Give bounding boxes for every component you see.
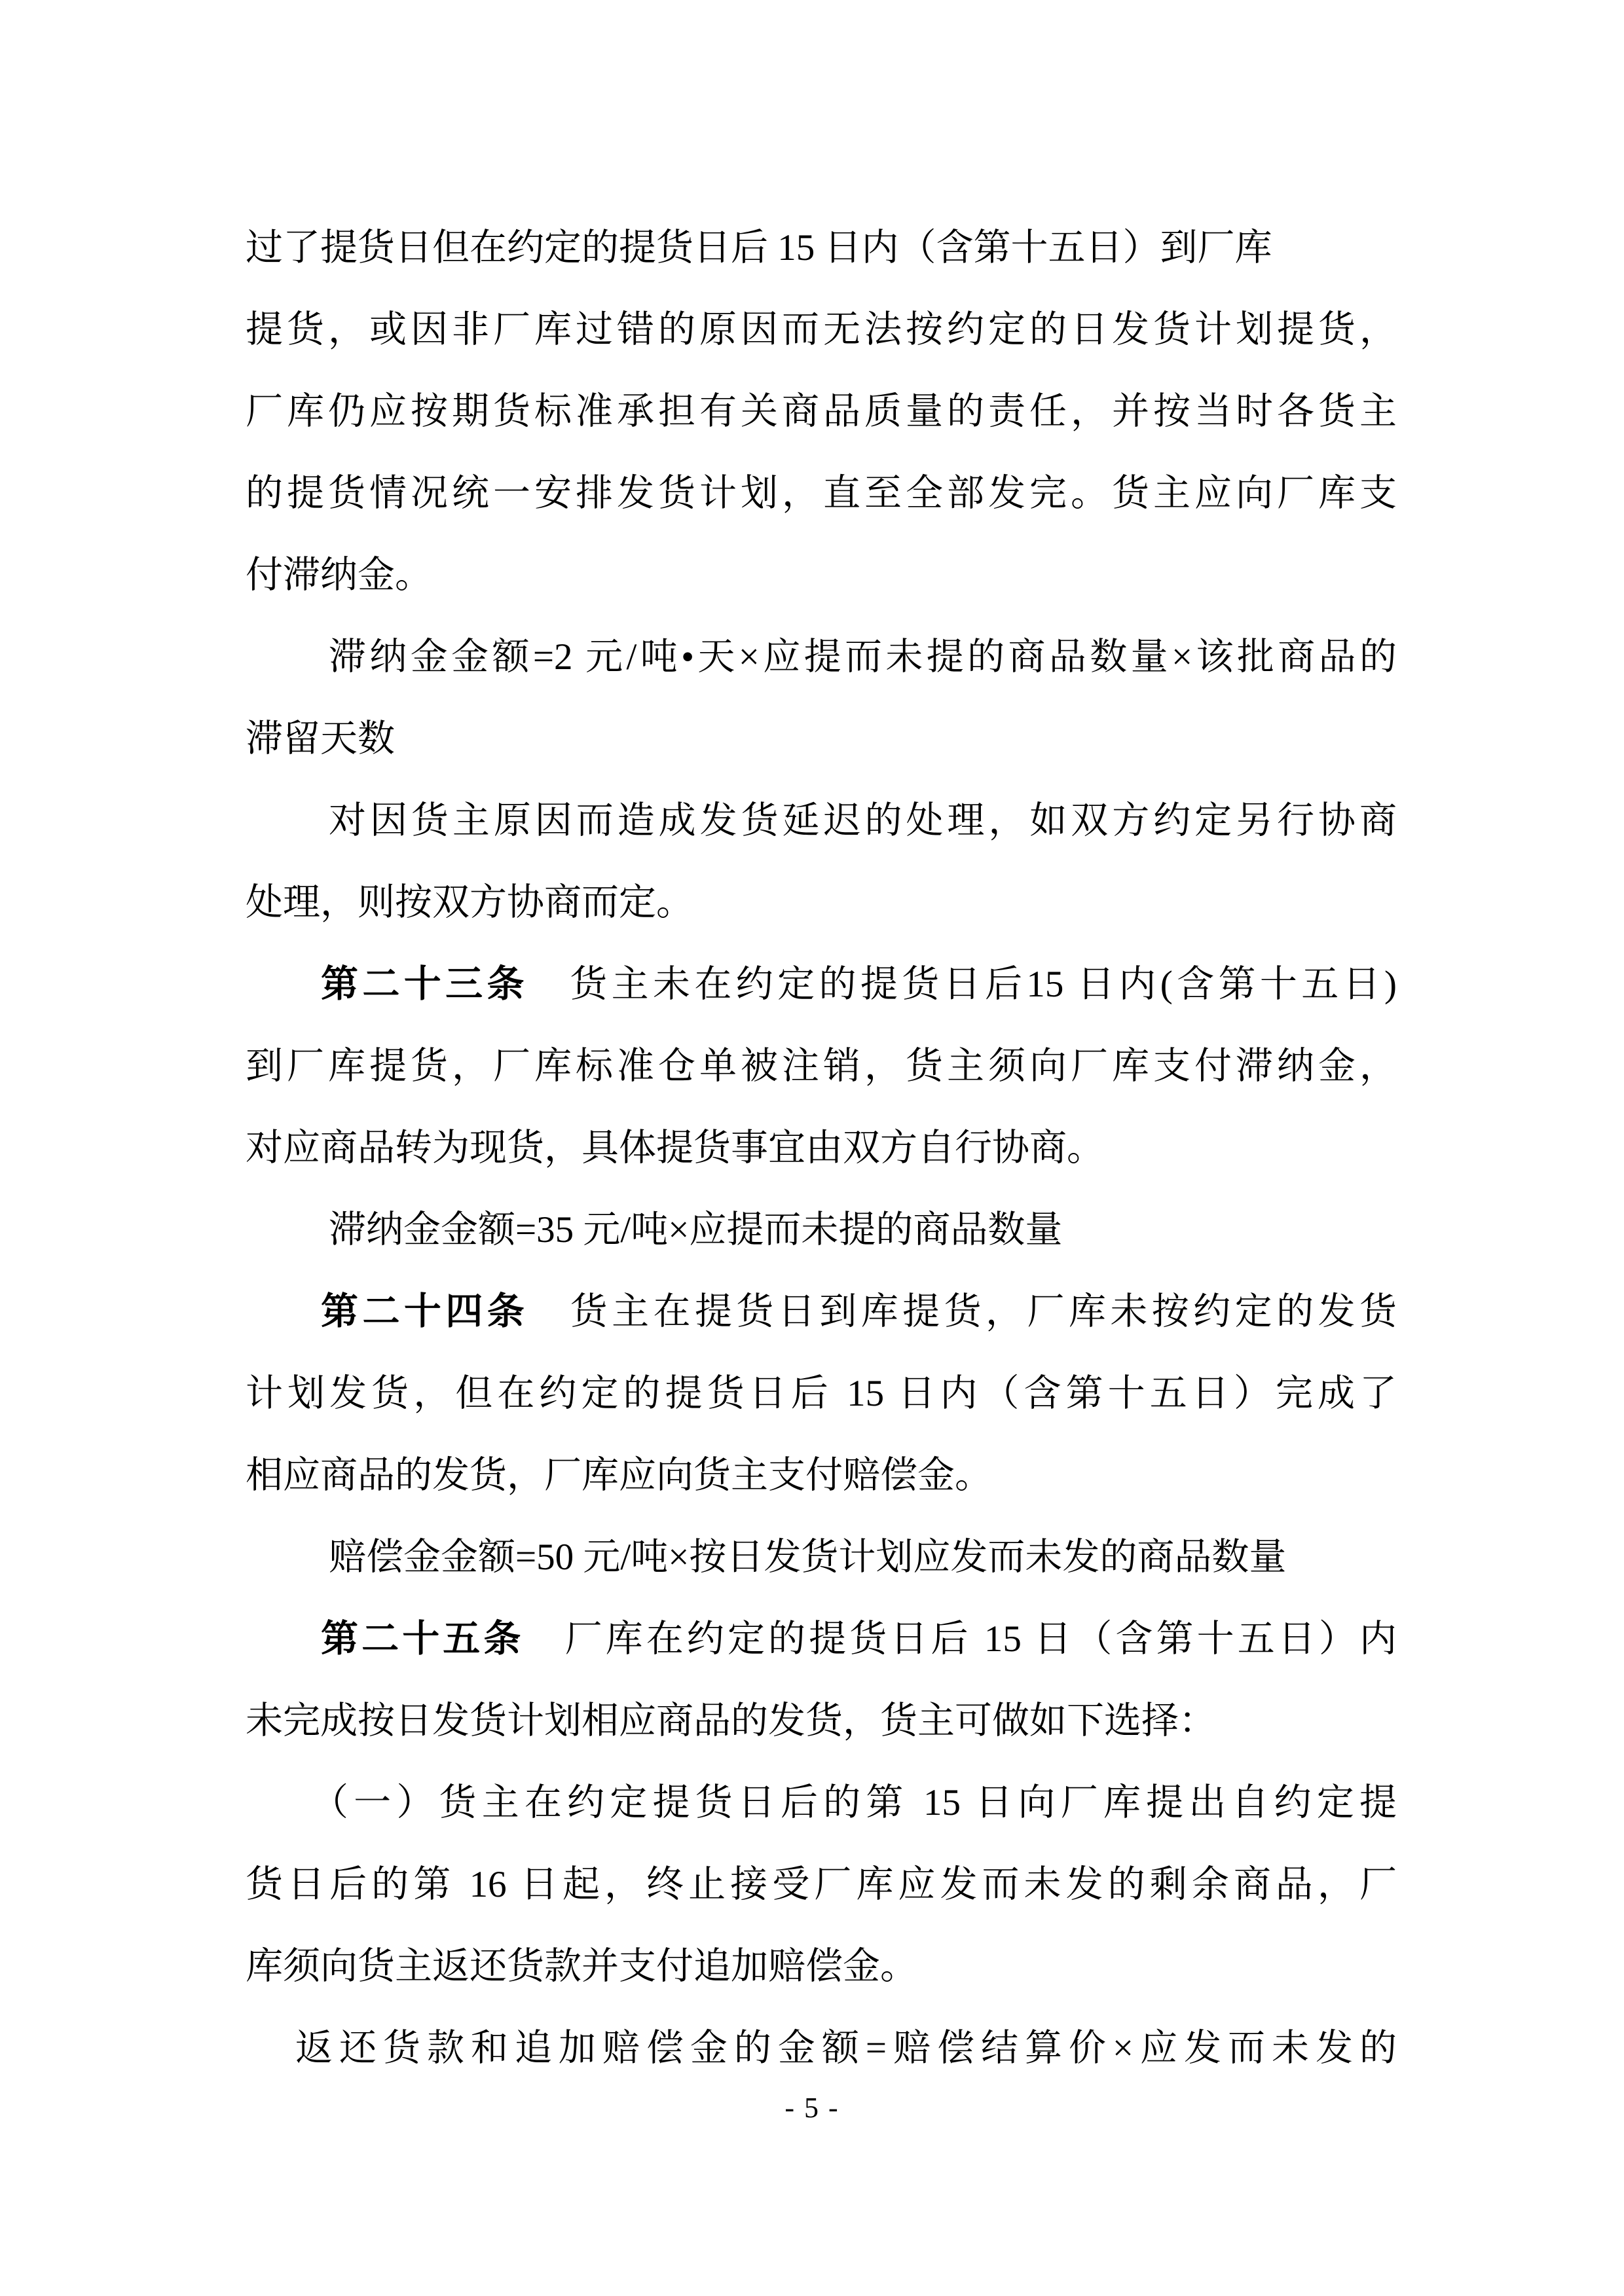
text-line: 提货，或因非厂库过错的原因而无法按约定的日发货计划提货， (246, 289, 1397, 371)
article-number: 第二十五条 (321, 1618, 524, 1660)
text-line: 返还货款和追加赔偿金的金额=赔偿结算价×应发而未发的 (246, 2007, 1397, 2089)
text-line: 滞纳金金额=35 元/吨×应提而未提的商品数量 (246, 1189, 1397, 1271)
text-line: 对因货主原因而造成发货延迟的处理，如双方约定另行协商 (246, 780, 1397, 862)
text-line: 的提货情况统一安排发货计划，直至全部发完。货主应向厂库支 (246, 452, 1397, 534)
text-line: 滞纳金金额=2 元/吨•天×应提而未提的商品数量×该批商品的 (246, 616, 1397, 698)
article-number: 第二十三条 (321, 963, 528, 1005)
article-number: 第二十四条 (321, 1290, 528, 1332)
document-page: 过了提货日但在约定的提货日后 15 日内（含第十五日）到厂库提货，或因非厂库过错… (0, 0, 1624, 2296)
text-line: 货日后的第 16 日起，终止接受厂库应发而未发的剩余商品，厂 (246, 1844, 1397, 1925)
text-line: 过了提货日但在约定的提货日后 15 日内（含第十五日）到厂库 (246, 207, 1397, 289)
text-line: 处理，则按双方协商而定。 (246, 862, 1397, 943)
text-line: 相应商品的发货，厂库应向货主支付赔偿金。 (246, 1434, 1397, 1516)
text-line: 对应商品转为现货，具体提货事宜由双方自行协商。 (246, 1107, 1397, 1189)
text-line: 付滞纳金。 (246, 534, 1397, 616)
page-number: - 5 - (0, 2088, 1624, 2128)
text-line: 库须向货主返还货款并支付追加赔偿金。 (246, 1925, 1397, 2007)
text-line: 滞留天数 (246, 698, 1397, 780)
text-line: 第二十四条 货主在提货日到库提货，厂库未按约定的发货 (246, 1271, 1397, 1353)
text-line: 第二十三条 货主未在约定的提货日后15 日内(含第十五日) (246, 943, 1397, 1025)
text-line: （一）货主在约定提货日后的第 15 日向厂库提出自约定提 (246, 1762, 1397, 1844)
text-line: 赔偿金金额=50 元/吨×按日发货计划应发而未发的商品数量 (246, 1516, 1397, 1598)
document-root: { "document": { "background": "#ffffff",… (0, 0, 1624, 2296)
text-line: 未完成按日发货计划相应商品的发货，货主可做如下选择： (246, 1680, 1397, 1762)
text-line: 第二十五条 厂库在约定的提货日后 15 日（含第十五日）内 (246, 1598, 1397, 1680)
text-line: 厂库仍应按期货标准承担有关商品质量的责任，并按当时各货主 (246, 371, 1397, 452)
document-text: 过了提货日但在约定的提货日后 15 日内（含第十五日）到厂库提货，或因非厂库过错… (246, 207, 1397, 2089)
text-line: 到厂库提货，厂库标准仓单被注销，货主须向厂库支付滞纳金， (246, 1025, 1397, 1107)
text-line: 计划发货，但在约定的提货日后 15 日内（含第十五日）完成了 (246, 1353, 1397, 1434)
